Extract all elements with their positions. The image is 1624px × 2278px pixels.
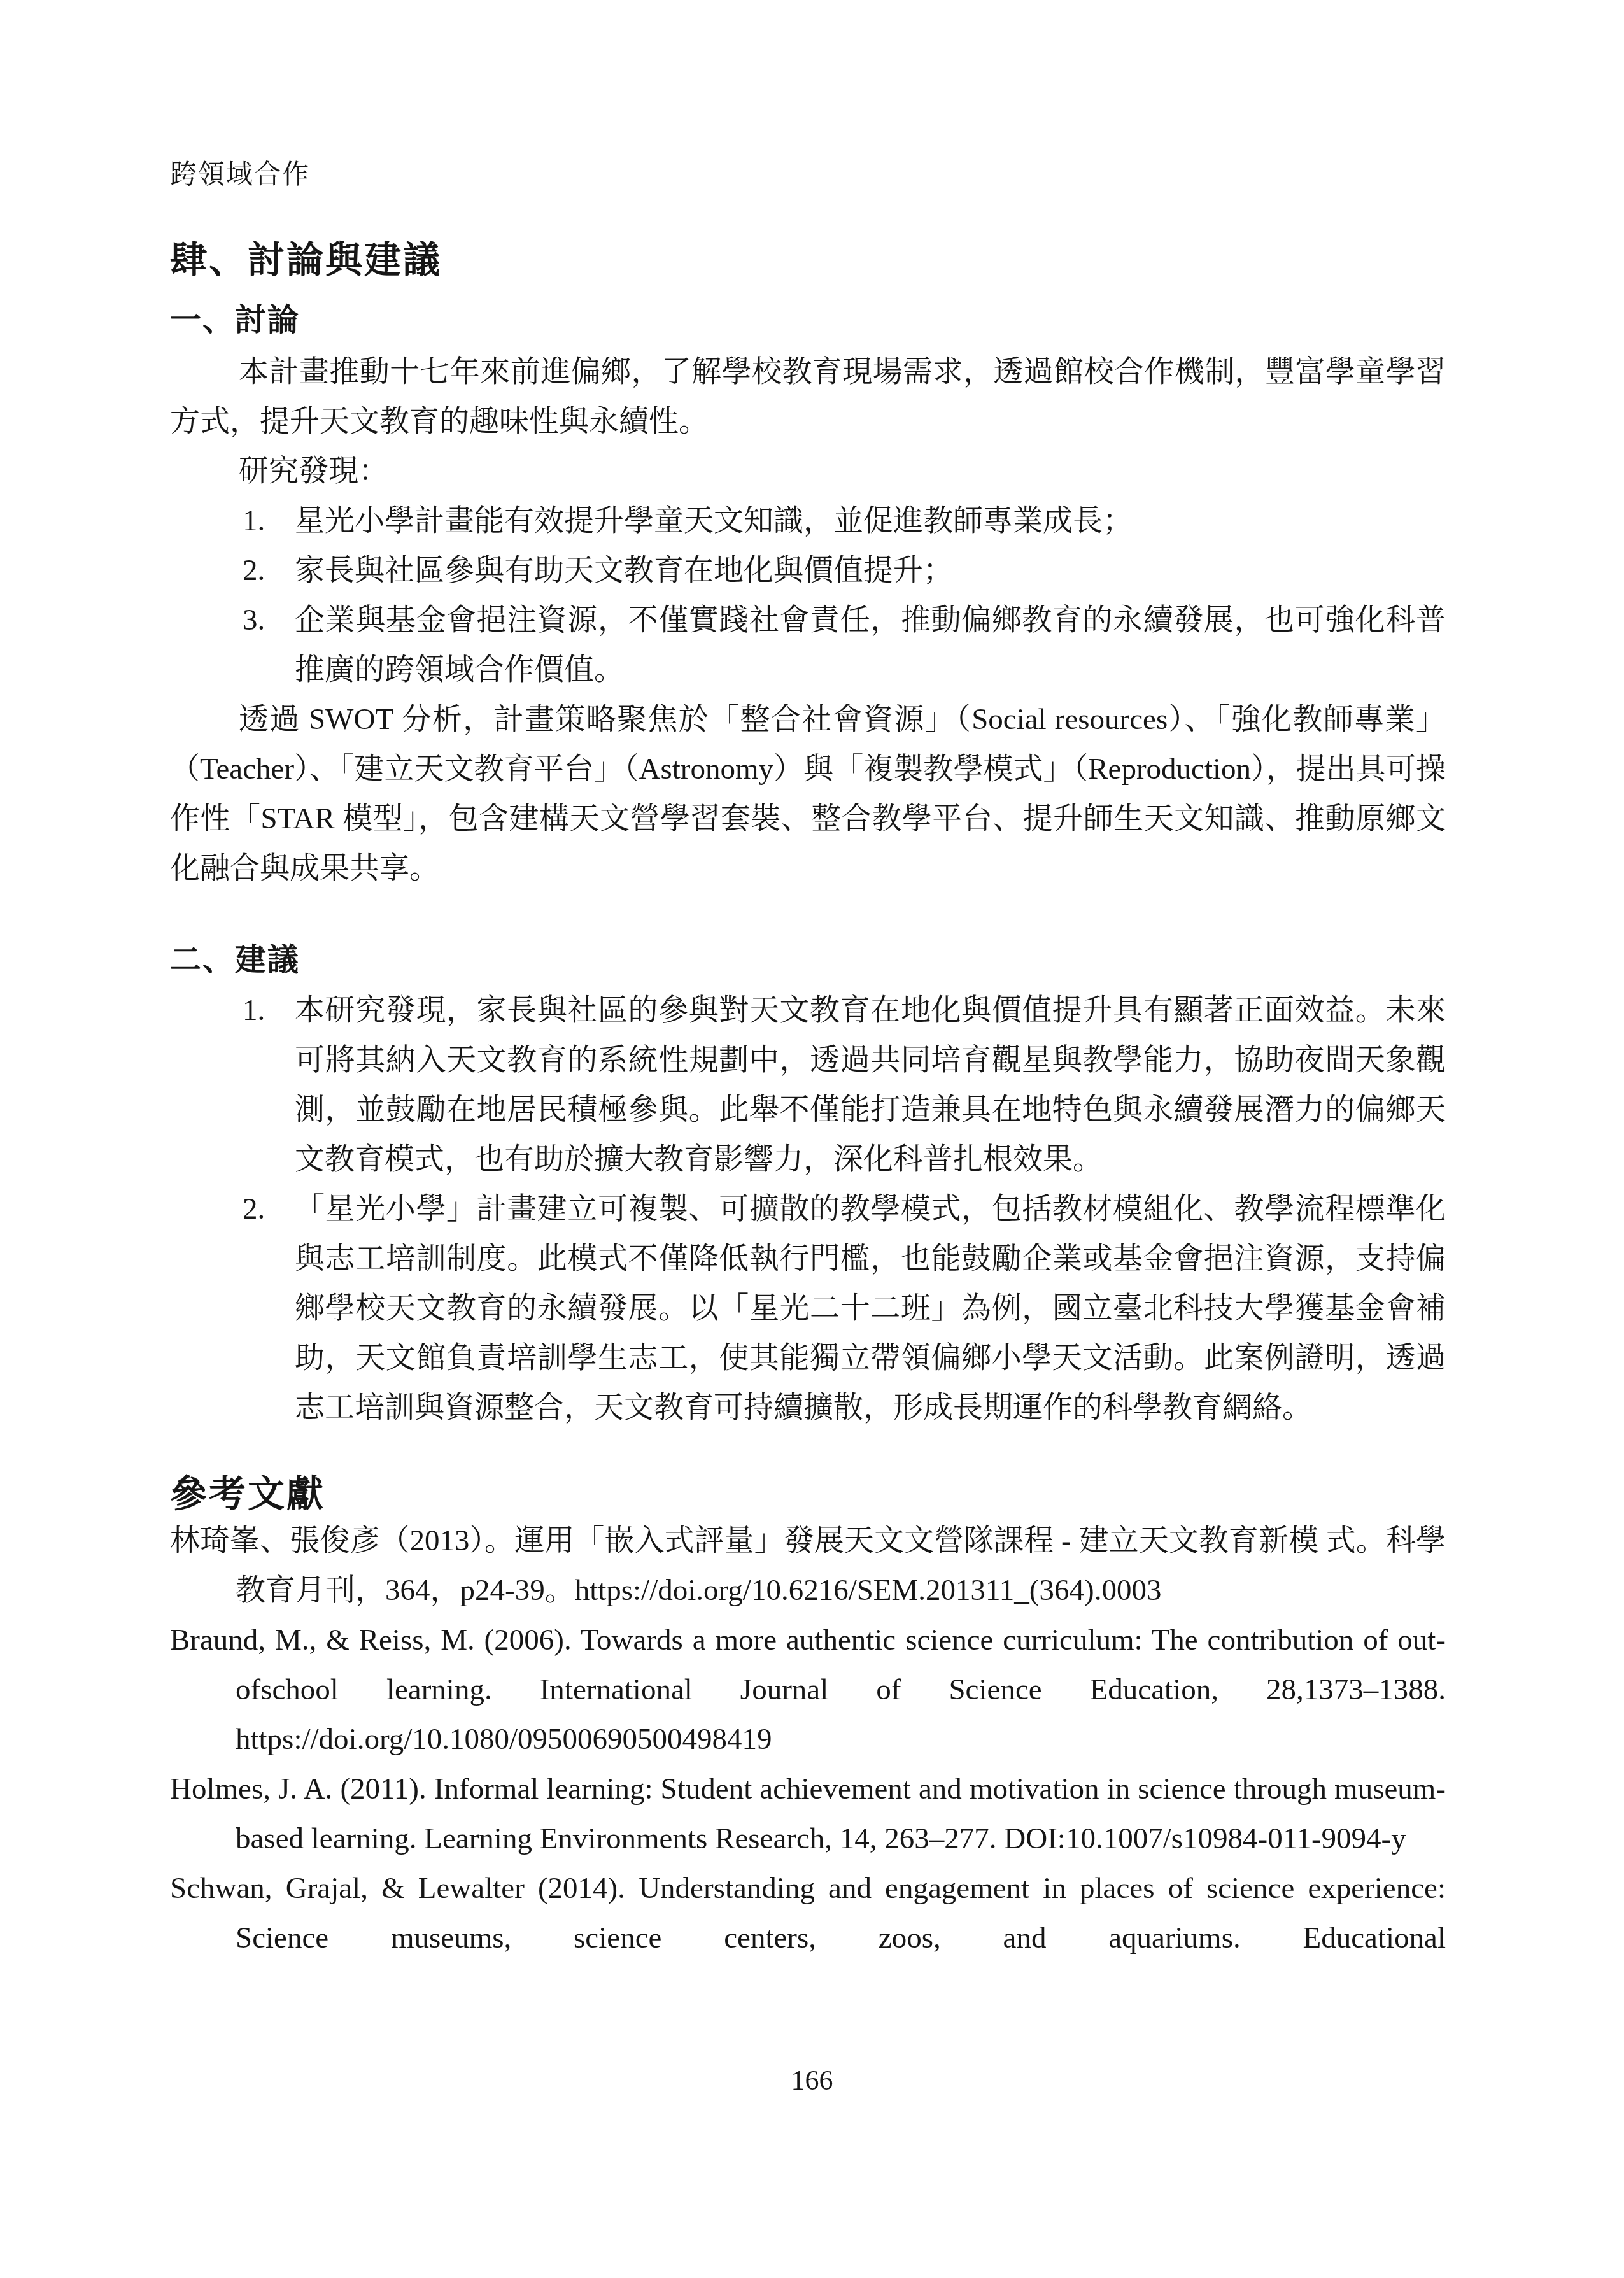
list-item-text: 星光小學計畫能有效提升學童天文知識，並促進教師專業成長；	[295, 496, 1446, 546]
paper-page: 跨領域合作 肆、討論與建議 一、討論 本計畫推動十七年來前進偏鄉，了解學校教育現…	[0, 0, 1624, 2278]
list-marker: 3.	[243, 595, 295, 645]
list-marker: 1.	[243, 986, 295, 1035]
list-item: 2. 「星光小學」計畫建立可複製、可擴散的教學模式，包括教材模組化、教學流程標準…	[170, 1184, 1446, 1433]
list-item-text: 本研究發現，家長與社區的參與對天文教育在地化與價值提升具有顯著正面效益。未來可將…	[295, 986, 1446, 1184]
reference-entry: Schwan, Grajal, & Lewalter (2014). Under…	[170, 1864, 1446, 1963]
page-content: 跨領域合作 肆、討論與建議 一、討論 本計畫推動十七年來前進偏鄉，了解學校教育現…	[170, 159, 1446, 1963]
list-item: 2. 家長與社區參與有助天文教育在地化與價值提升；	[170, 546, 1446, 595]
reference-entry: Holmes, J. A. (2011). Informal learning:…	[170, 1764, 1446, 1864]
page-number: 166	[0, 2064, 1624, 2097]
section-gap	[170, 893, 1446, 923]
list-item-text: 「星光小學」計畫建立可複製、可擴散的教學模式，包括教材模組化、教學流程標準化與志…	[295, 1184, 1446, 1433]
findings-list: 1. 星光小學計畫能有效提升學童天文知識，並促進教師專業成長； 2. 家長與社區…	[170, 496, 1446, 695]
section-gap	[170, 979, 1446, 986]
subheading-suggestions: 二、建議	[170, 942, 1446, 979]
discussion-intro-paragraph: 本計畫推動十七年來前進偏鄉，了解學校教育現場需求，透過館校合作機制，豐富學童學習…	[170, 347, 1446, 446]
findings-lead: 研究發現：	[170, 446, 1446, 496]
swot-paragraph: 透過 SWOT 分析，計畫策略聚焦於「整合社會資源」（Social resour…	[170, 695, 1446, 893]
reference-entry: Braund, M., & Reiss, M. (2006). Towards …	[170, 1615, 1446, 1764]
running-header: 跨領域合作	[170, 159, 1446, 191]
reference-entry: 林琦峯、張俊彥（2013）。運用「嵌入式評量」發展天文文營隊課程 - 建立天文教…	[170, 1516, 1446, 1615]
list-item-text: 家長與社區參與有助天文教育在地化與價值提升；	[295, 546, 1446, 595]
list-item-text: 企業與基金會挹注資源，不僅實踐社會責任，推動偏鄉教育的永續發展，也可強化科普推廣…	[295, 595, 1446, 695]
list-item: 1. 星光小學計畫能有效提升學童天文知識，並促進教師專業成長；	[170, 496, 1446, 546]
references-heading: 參考文獻	[170, 1472, 1446, 1517]
suggestions-list: 1. 本研究發現，家長與社區的參與對天文教育在地化與價值提升具有顯著正面效益。未…	[170, 986, 1446, 1433]
list-marker: 2.	[243, 1184, 295, 1234]
section-heading-discussion-and-suggestions: 肆、討論與建議	[170, 238, 1446, 283]
list-item: 1. 本研究發現，家長與社區的參與對天文教育在地化與價值提升具有顯著正面效益。未…	[170, 986, 1446, 1184]
list-marker: 2.	[243, 546, 295, 595]
list-item: 3. 企業與基金會挹注資源，不僅實踐社會責任，推動偏鄉教育的永續發展，也可強化科…	[170, 595, 1446, 695]
list-marker: 1.	[243, 496, 295, 546]
subheading-discussion: 一、討論	[170, 302, 1446, 339]
references-list: 林琦峯、張俊彥（2013）。運用「嵌入式評量」發展天文文營隊課程 - 建立天文教…	[170, 1516, 1446, 1963]
